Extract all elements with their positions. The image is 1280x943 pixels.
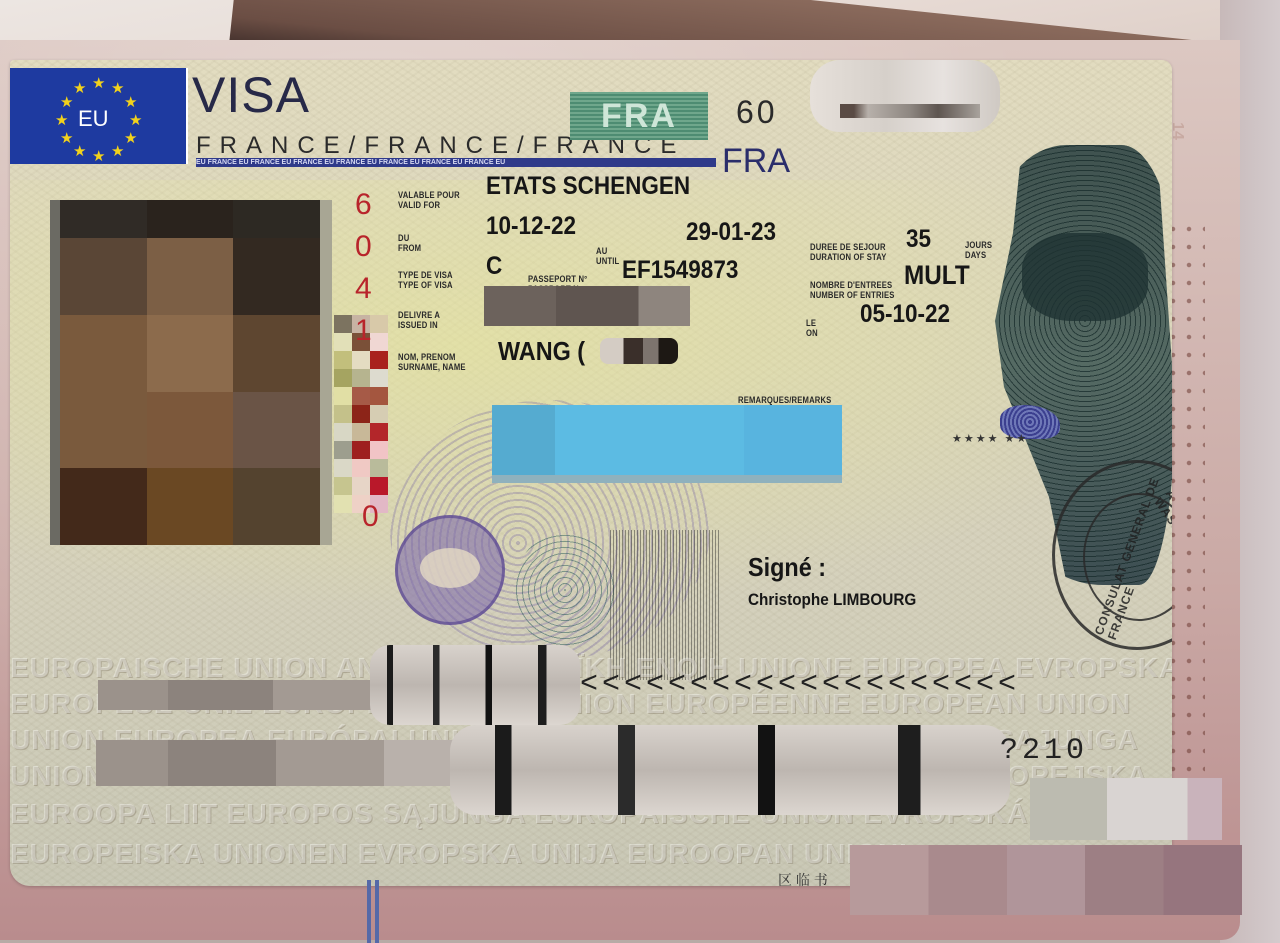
value-number-of-entries: MULT xyxy=(904,260,970,291)
star-icon: ★ xyxy=(129,113,142,128)
eu-badge-text: EU xyxy=(78,106,109,132)
redacted-issued-in xyxy=(484,286,690,326)
redacted-corner-1 xyxy=(1030,778,1222,840)
value-until: 29-01-23 xyxy=(686,218,776,247)
redacted-visa-number xyxy=(810,60,1000,132)
page-footer-text: 区 临 书 xyxy=(778,870,828,890)
value-type-of-visa: C xyxy=(486,252,502,281)
visa-sticker: ★ ★ ★ ★ ★ ★ ★ ★ ★ ★ ★ ★ EU VISA FRANCE/F… xyxy=(10,60,1172,886)
label-issued-on: LEON xyxy=(806,318,818,338)
mrz-line2-redacted xyxy=(96,740,456,786)
visa-number: 60 xyxy=(736,94,778,131)
star-icon: ★ xyxy=(60,131,73,146)
label-remarks: REMARQUES/REMARKS xyxy=(738,395,831,405)
mrz-line1-filler: <<<<<<<<<<<<<<<<<<<< xyxy=(580,668,1020,702)
value-issued-on: 05-10-22 xyxy=(860,300,950,329)
value-passport-no: EF1549873 xyxy=(622,256,738,285)
handwritten-visa-number-end: 0 xyxy=(362,500,379,534)
label-valid-for: VALABLE POURVALID FOR xyxy=(398,190,460,210)
mrz-line1-mosaic xyxy=(370,645,580,725)
value-duration-of-stay: 35 xyxy=(906,225,931,254)
star-icon: ★ xyxy=(111,144,124,159)
star-icon: ★ xyxy=(111,81,124,96)
rosette-pattern xyxy=(515,530,615,650)
star-icon: ★ xyxy=(60,95,73,110)
label-number-of-entries: NOMBRE D'ENTREESNUMBER OF ENTRIES xyxy=(810,280,894,300)
value-from: 10-12-22 xyxy=(486,212,576,241)
star-icon: ★ xyxy=(124,131,137,146)
signer-name: Christophe LIMBOURG xyxy=(748,590,916,610)
fra-emblem: FRA xyxy=(570,92,708,140)
label-duration-of-stay: DUREE DE SEJOURDURATION OF STAY xyxy=(810,242,887,262)
value-valid-for: ETATS SCHENGEN xyxy=(486,172,690,201)
star-icon: ★ xyxy=(92,149,105,164)
mrz-line2-mosaic xyxy=(450,725,1010,815)
label-type-of-visa: TYPE DE VISATYPE OF VISA xyxy=(398,270,453,290)
label-days: JOURSDAYS xyxy=(965,240,992,260)
handwritten-visa-number: 6 0 4 1 xyxy=(355,190,385,540)
issuing-state-code: FRA xyxy=(722,142,790,181)
security-stars: ★★★★ ★★ xyxy=(952,432,1028,445)
holder-photo-redacted xyxy=(50,200,332,545)
redacted-remarks xyxy=(492,405,842,483)
redacted-corner-2 xyxy=(850,845,1242,915)
microtext-band: EU FRANCE EU FRANCE EU FRANCE EU FRANCE … xyxy=(196,158,716,167)
label-issued-in: DELIVRE AISSUED IN xyxy=(398,310,440,330)
star-icon: ★ xyxy=(92,76,105,91)
optically-variable-seal xyxy=(395,515,505,625)
star-icon: ★ xyxy=(55,113,68,128)
star-icon: ★ xyxy=(73,144,86,159)
passport-security-thread xyxy=(363,880,383,943)
star-icon: ★ xyxy=(73,81,86,96)
redacted-given-name xyxy=(600,338,678,364)
mrz-line2-end: ?210 xyxy=(1000,734,1088,768)
label-from: DUFROM xyxy=(398,233,421,253)
value-surname: WANG ( xyxy=(498,336,585,367)
star-icon: ★ xyxy=(124,95,137,110)
eu-flag: ★ ★ ★ ★ ★ ★ ★ ★ ★ ★ ★ ★ EU xyxy=(10,68,188,164)
signature-label: Signé : xyxy=(748,552,826,583)
visa-title: VISA xyxy=(192,66,310,124)
label-until: AUUNTIL xyxy=(596,246,619,266)
label-surname-name: NOM, PRENOMSURNAME, NAME xyxy=(398,352,466,372)
